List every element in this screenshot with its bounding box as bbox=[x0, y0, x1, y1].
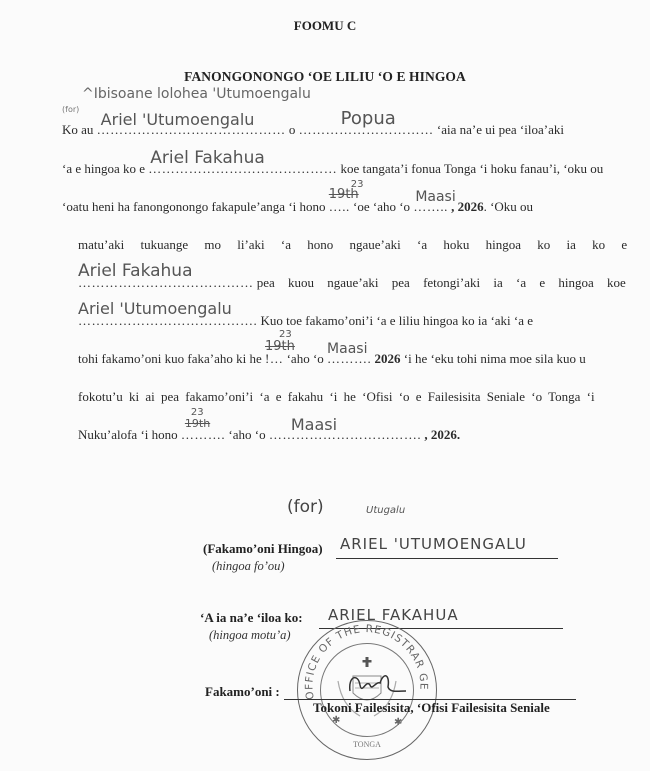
witness-officer-title: Tokoni Failesisita, ‘Ofisi Failesisita S… bbox=[313, 700, 550, 716]
text: koe tangata’i fonua Tonga ‘i hoku fanau’… bbox=[341, 161, 604, 176]
handwritten-new-name-signature: ARIEL 'UTUMOENGALU bbox=[340, 535, 527, 553]
old-name-sublabel: (hingoa motu’a) bbox=[209, 628, 291, 643]
handwritten-day-correction-3: 23 bbox=[191, 407, 204, 418]
handwritten-month-2: Maasi bbox=[327, 341, 367, 357]
handwritten-place: Popua bbox=[341, 108, 396, 129]
handwritten-month-3: Maasi bbox=[291, 415, 337, 434]
place-field: ………………………… Popua bbox=[299, 122, 437, 137]
year: , 2026 bbox=[451, 199, 484, 214]
name-field-1: …………………………………… Ariel 'Utumoengalu bbox=[97, 122, 289, 137]
body-line-9: Nuku’alofa ‘i hono ………. 19th 23 ‘aho ‘o … bbox=[78, 427, 460, 443]
form-page: FOOMU C FANONGONONGO ‘OE LILIU ‘O E HING… bbox=[0, 0, 650, 771]
seal-inner-ring bbox=[320, 643, 414, 737]
handwritten-day-struck-2: 19th bbox=[265, 339, 295, 354]
handwritten-month: Maasi bbox=[415, 189, 455, 205]
handwritten-new-name: Ariel 'Utumoengalu bbox=[101, 110, 255, 129]
old-name-label: ‘A ia na’e ‘iloa ko: bbox=[200, 610, 303, 626]
text: o bbox=[289, 122, 299, 137]
handwritten-for-annotation: (for) bbox=[287, 497, 324, 517]
text: Kuo toe fakamo’oni’i ‘a e liliu hingoa k… bbox=[261, 313, 534, 328]
body-line-6: …………………………………. Ariel 'Utumoengalu Kuo to… bbox=[78, 313, 533, 329]
text: tohi fakamo’oni kuo faka’aho ki he bbox=[78, 351, 265, 366]
svg-text:TONGA: TONGA bbox=[353, 740, 381, 749]
new-name-sublabel: (hingoa fo’ou) bbox=[212, 559, 285, 574]
text: Ko au bbox=[62, 122, 97, 137]
signature-scribble: Utugalu bbox=[366, 505, 405, 516]
old-name-field-2: ………………………………… Ariel Fakahua bbox=[78, 275, 257, 290]
text: Nuku’alofa ‘i hono bbox=[78, 427, 181, 442]
form-title: FOOMU C bbox=[0, 18, 650, 34]
handwritten-old-name-2: Ariel Fakahua bbox=[78, 261, 193, 281]
handwritten-annotation-name: ^Ibisoane lolohea 'Utumoengalu bbox=[82, 86, 311, 102]
witness-label: Fakamo’oni : bbox=[205, 684, 280, 700]
old-name-field: …………………………………… Ariel Fakahua bbox=[148, 161, 340, 176]
month-field-2: ………. Maasi bbox=[327, 351, 375, 366]
text: ‘oatu heni ha fanongonongo fakapule’anga… bbox=[62, 199, 329, 214]
text: pea kuou ngaue’aki pea fetongi’aki ia ‘a… bbox=[257, 275, 626, 290]
year: , 2026. bbox=[424, 427, 460, 442]
handwritten-day-correction: 23 bbox=[351, 179, 364, 190]
new-name-signature-line bbox=[336, 558, 558, 559]
body-line-7: tohi fakamo’oni kuo faka’aho ki he !… 19… bbox=[78, 351, 586, 367]
text: ‘oe ‘aho ‘o bbox=[353, 199, 413, 214]
text: ‘aia na’e ui pea ‘iloa’aki bbox=[437, 122, 564, 137]
handwritten-annotation-for: (for) bbox=[62, 105, 79, 114]
body-line-1: Ko au …………………………………… Ariel 'Utumoengalu … bbox=[62, 122, 564, 138]
month-field-3: ……………………………. Maasi bbox=[269, 427, 425, 442]
body-line-3: ‘oatu heni ha fanongonongo fakapule’anga… bbox=[62, 199, 533, 215]
new-name-field-2: …………………………………. Ariel 'Utumoengalu bbox=[78, 313, 261, 328]
day-field: ….. 19th 23 bbox=[329, 199, 353, 214]
day-field-2: !… 19th 23 bbox=[265, 351, 287, 366]
text: . ‘Oku ou bbox=[484, 199, 533, 214]
handwritten-day-struck-3: 19th bbox=[185, 417, 210, 430]
registrar-seal-stamp: OFFICE OF THE REGISTRAR GENERAL TONGA ✱ … bbox=[297, 620, 437, 760]
new-name-label: (Fakamo’oni Hingoa) bbox=[203, 541, 323, 557]
month-field: …….. Maasi bbox=[413, 199, 451, 214]
text: ‘aho ‘o bbox=[228, 427, 268, 442]
body-line-5: ………………………………… Ariel Fakahua pea kuou nga… bbox=[78, 275, 626, 291]
handwritten-new-name-2: Ariel 'Utumoengalu bbox=[78, 299, 232, 318]
body-line-4: matu’aki tukuange mo li’aki ‘a hono ngau… bbox=[78, 237, 627, 253]
body-line-8: fokotu’u ki ai pea fakamo’oni’i ‘a e fak… bbox=[78, 389, 595, 405]
text: ‘i he ‘eku tohi nima moe sila kuo u bbox=[401, 351, 586, 366]
day-field-3: ………. 19th 23 bbox=[181, 427, 229, 442]
year: 2026 bbox=[375, 351, 401, 366]
handwritten-day-correction-2: 23 bbox=[279, 329, 292, 340]
text: ‘a e hingoa ko e bbox=[62, 161, 148, 176]
form-heading: FANONGONONGO ‘OE LILIU ‘O E HINGOA bbox=[0, 69, 650, 85]
body-line-2: ‘a e hingoa ko e …………………………………… Ariel Fa… bbox=[62, 161, 603, 177]
handwritten-old-name: Ariel Fakahua bbox=[150, 148, 265, 168]
